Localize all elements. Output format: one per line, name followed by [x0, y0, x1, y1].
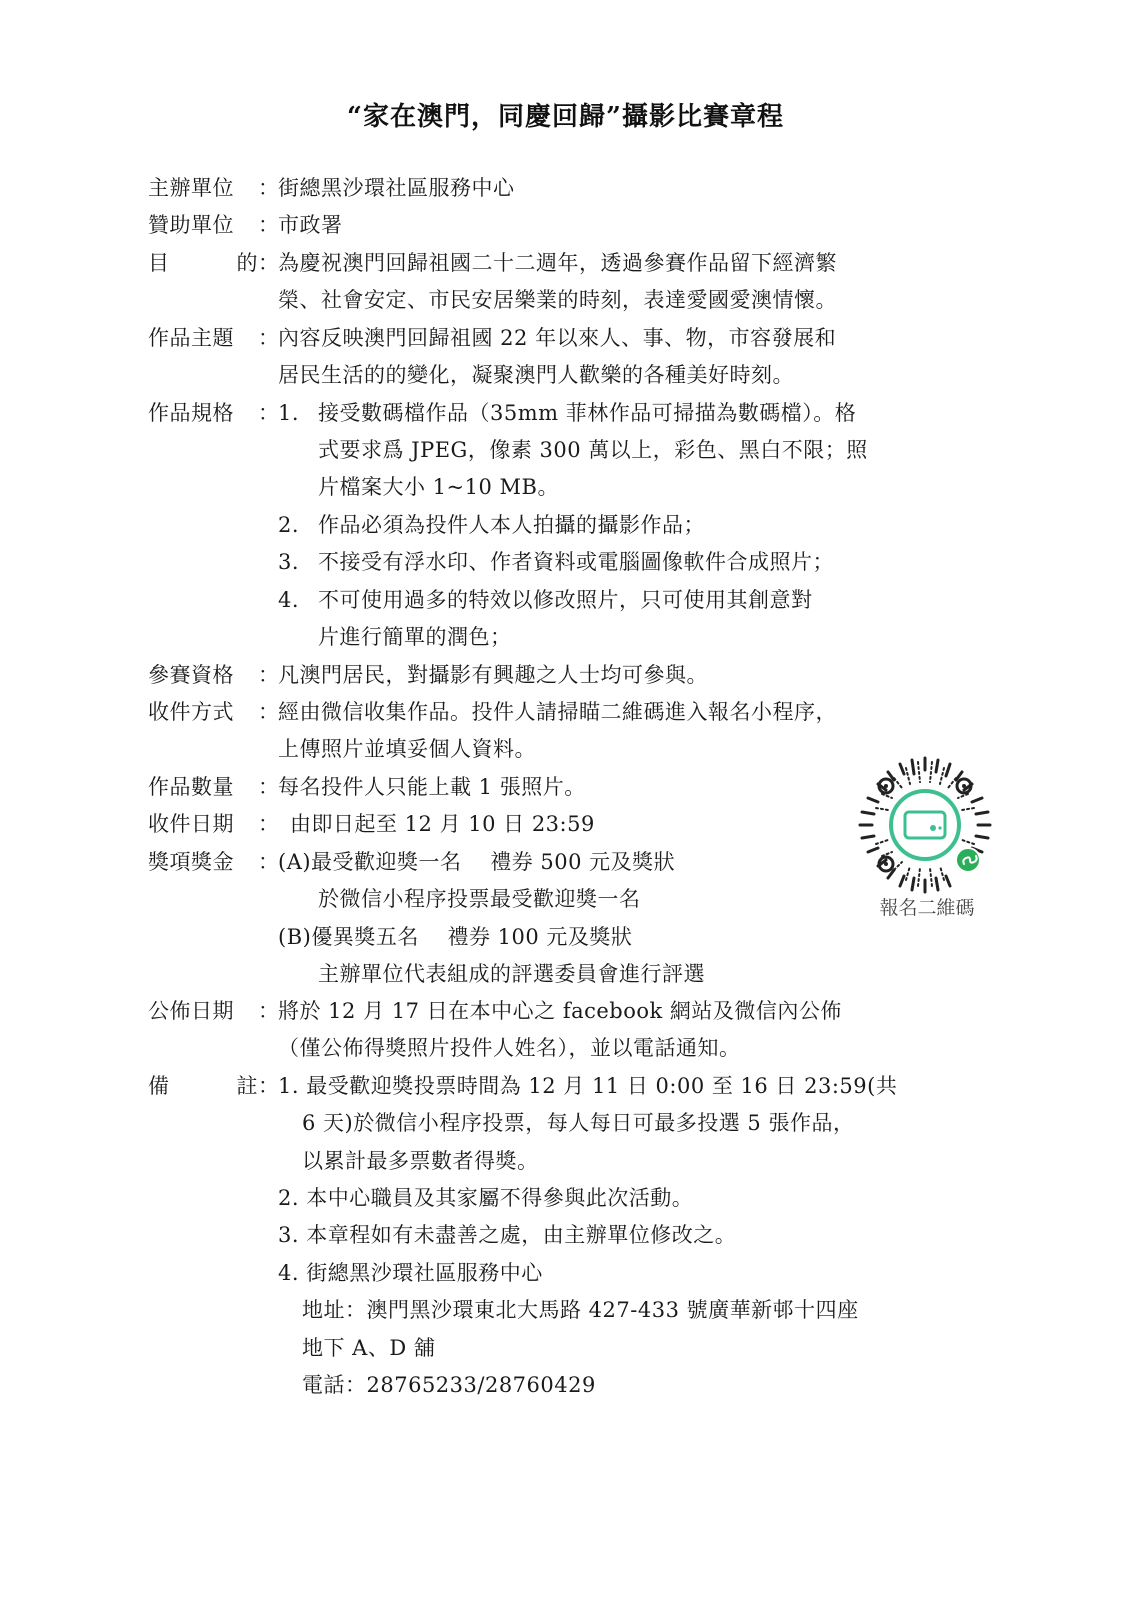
remark-4-line-1: 4. 街總黑沙環社區服務中心: [278, 1255, 543, 1292]
theme-row: 作品主題：內容反映澳門回歸祖國 22 年以來人、事、物，市容發展和: [148, 320, 836, 357]
eligibility-value: 凡澳門居民，對攝影有興趣之人士均可參與。: [278, 663, 708, 687]
submission-label: 收件方式: [148, 694, 258, 731]
deadline-value: 由即日起至 12 月 10 日 23:59: [290, 812, 595, 836]
deadline-label: 收件日期: [148, 806, 258, 843]
prize-a-line-1: (A)最受歡迎獎一名 禮券 500 元及獎狀: [278, 850, 675, 874]
announcement-label: 公佈日期: [148, 993, 258, 1030]
theme-label: 作品主題: [148, 320, 258, 357]
spec-1-line-3: 片檔案大小 1~10 MB。: [318, 469, 559, 506]
remark-4-address-line-2: 地下 A、D 舖: [302, 1330, 435, 1367]
submission-line-1: 經由微信收集作品。投件人請掃瞄二維碼進入報名小程序，: [278, 700, 837, 724]
purpose-line-2: 榮、社會安定、市民安居樂業的時刻，表達愛國愛澳情懷。: [278, 282, 837, 319]
remarks-label: 備註: [148, 1068, 258, 1105]
organizer-value: 街總黑沙環社區服務中心: [278, 176, 515, 200]
sponsor-value: 市政署: [278, 213, 343, 237]
spec-4: 4.不可使用過多的特效以修改照片，只可使用其創意對: [278, 582, 813, 619]
theme-line-1: 內容反映澳門回歸祖國 22 年以來人、事、物，市容發展和: [278, 326, 836, 350]
submission-row: 收件方式：經由微信收集作品。投件人請掃瞄二維碼進入報名小程序，: [148, 694, 837, 731]
spec-2: 2.作品必須為投件人本人拍攝的攝影作品；: [278, 507, 705, 544]
prizes-row: 獎項獎金：(A)最受歡迎獎一名 禮券 500 元及獎狀: [148, 844, 675, 881]
sponsor-label: 贊助單位: [148, 207, 258, 244]
qr-caption: 報名二維碼: [862, 893, 992, 920]
deadline-row: 收件日期：由即日起至 12 月 10 日 23:59: [148, 806, 595, 843]
prize-b-line-1: (B)優異獎五名 禮券 100 元及獎狀: [278, 919, 632, 956]
prize-b-line-2: 主辦單位代表組成的評選委員會進行評選: [318, 956, 705, 993]
remarks-row: 備註：1. 最受歡迎獎投票時間為 12 月 11 日 0:00 至 16 日 2…: [148, 1068, 897, 1105]
quantity-value: 每名投件人只能上載 1 張照片。: [278, 775, 586, 799]
remark-3: 3. 本章程如有未盡善之處，由主辦單位修改之。: [278, 1217, 736, 1254]
quantity-label: 作品數量: [148, 769, 258, 806]
document-page: “家在澳門，同慶回歸”攝影比賽章程 主辦單位：街總黑沙環社區服務中心 贊助單位：…: [0, 0, 1131, 1600]
submission-line-2: 上傳照片並填妥個人資料。: [278, 731, 536, 768]
announcement-line-2: （僅公佈得獎照片投件人姓名），並以電話通知。: [278, 1030, 741, 1067]
document-title: “家在澳門，同慶回歸”攝影比賽章程: [0, 96, 1131, 133]
quantity-row: 作品數量：每名投件人只能上載 1 張照片。: [148, 769, 586, 806]
remark-1-line-2: 6 天)於微信小程序投票，每人每日可最多投選 5 張作品，: [302, 1105, 854, 1142]
wechat-mini-program-qr-icon[interactable]: [852, 752, 998, 898]
prizes-label: 獎項獎金: [148, 844, 258, 881]
spec-1-line-2: 式要求爲 JPEG，像素 300 萬以上，彩色、黑白不限；照: [318, 432, 868, 469]
announcement-line-1: 將於 12 月 17 日在本中心之 facebook 網站及微信內公佈: [278, 999, 842, 1023]
eligibility-label: 參賽資格: [148, 657, 258, 694]
remark-1-line-1: 1. 最受歡迎獎投票時間為 12 月 11 日 0:00 至 16 日 23:5…: [278, 1074, 897, 1098]
specs-row: 作品規格：1.接受數碼檔作品（35mm 菲林作品可掃描為數碼檔）。格: [148, 395, 856, 432]
spec-1-number: 1.: [278, 395, 318, 432]
remark-4-address: 地址：澳門黑沙環東北大馬路 427-433 號廣華新邨十四座: [302, 1292, 859, 1329]
announcement-row: 公佈日期：將於 12 月 17 日在本中心之 facebook 網站及微信內公佈: [148, 993, 842, 1030]
remark-1-line-3: 以累計最多票數者得獎。: [302, 1143, 539, 1180]
organizer-row: 主辦單位：街總黑沙環社區服務中心: [148, 170, 515, 207]
spec-3: 3.不接受有浮水印、作者資料或電腦圖像軟件合成照片；: [278, 544, 834, 581]
purpose-label: 目的: [148, 245, 258, 282]
sponsor-row: 贊助單位：市政署: [148, 207, 343, 244]
remark-4-phone: 電話：28765233/28760429: [302, 1367, 596, 1404]
specs-label: 作品規格: [148, 395, 258, 432]
spec-1-line-1: 接受數碼檔作品（35mm 菲林作品可掃描為數碼檔）。格: [318, 401, 856, 425]
organizer-label: 主辦單位: [148, 170, 258, 207]
theme-line-2: 居民生活的的變化，凝聚澳門人歡樂的各種美好時刻。: [278, 357, 794, 394]
prize-a-line-2: 於微信小程序投票最受歡迎獎一名: [318, 881, 641, 918]
eligibility-row: 參賽資格：凡澳門居民，對攝影有興趣之人士均可參與。: [148, 657, 708, 694]
purpose-line-1: 為慶祝澳門回歸祖國二十二週年，透過參賽作品留下經濟繁: [278, 251, 837, 275]
remark-2: 2. 本中心職員及其家屬不得參與此次活動。: [278, 1180, 693, 1217]
purpose-row: 目的：為慶祝澳門回歸祖國二十二週年，透過參賽作品留下經濟繁: [148, 245, 837, 282]
spec-4-line-2: 片進行簡單的潤色；: [318, 619, 512, 656]
